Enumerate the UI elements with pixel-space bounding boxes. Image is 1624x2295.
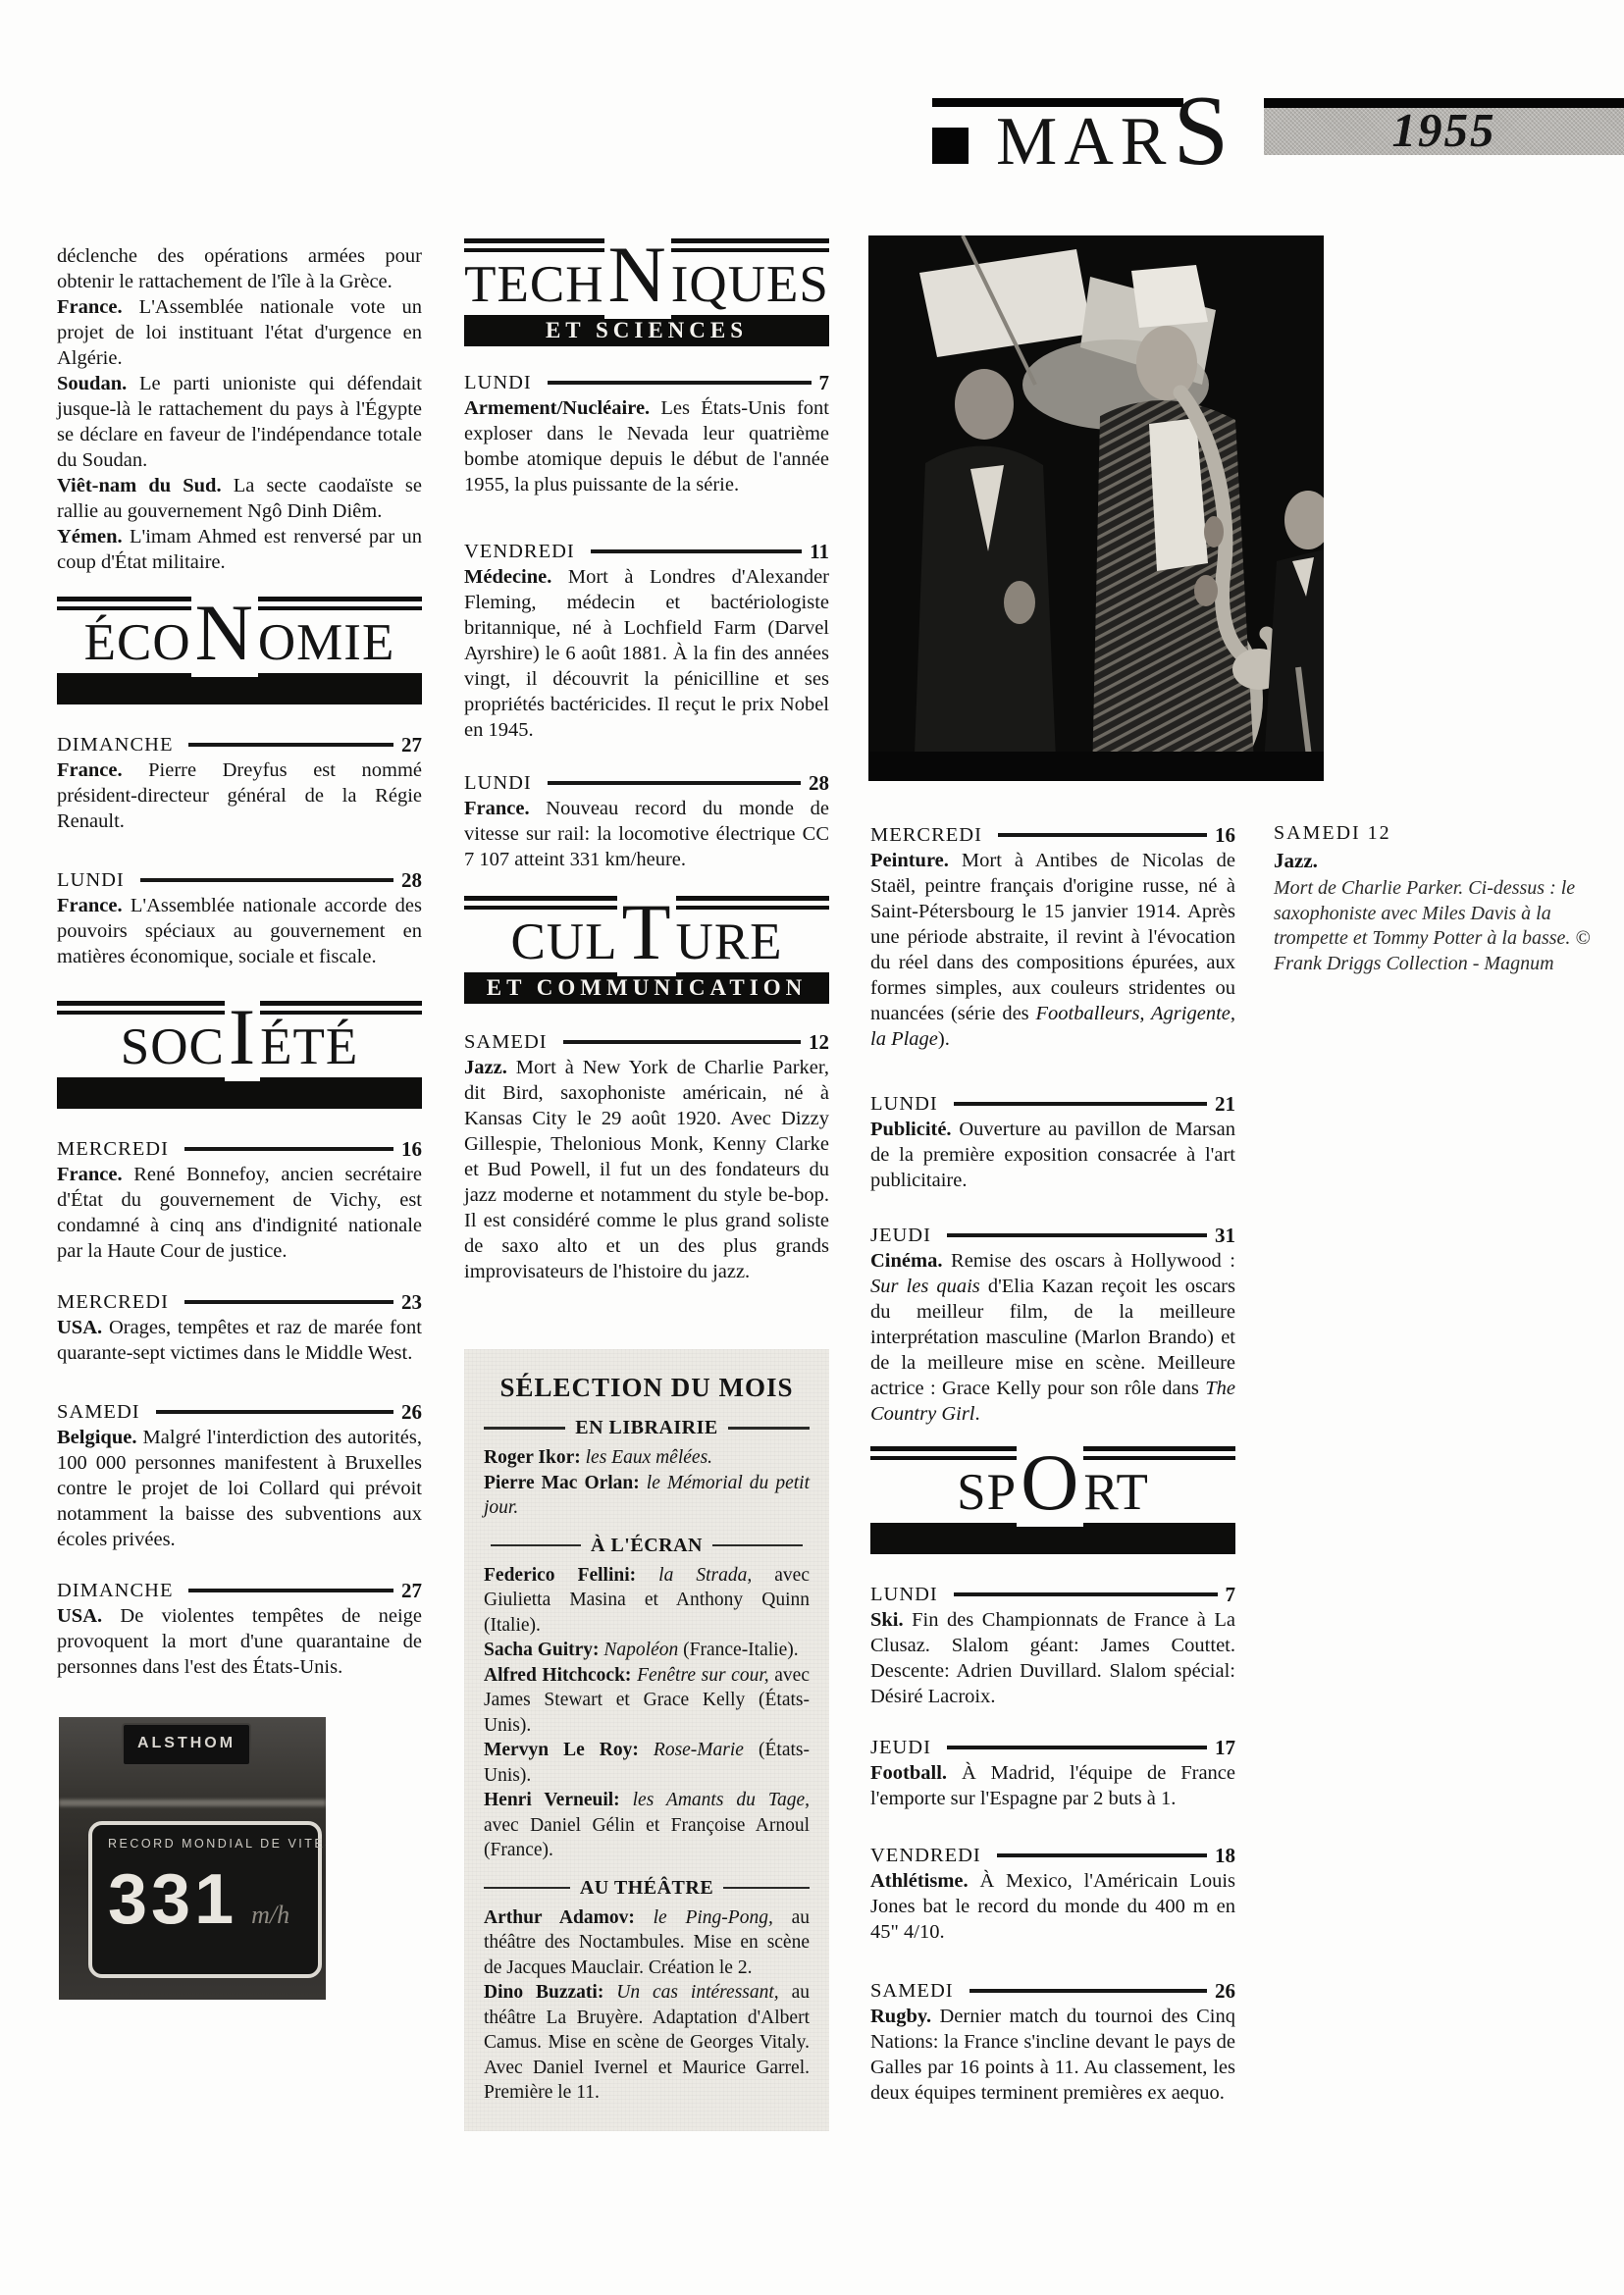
entry-rule bbox=[184, 1300, 393, 1304]
group-heading: AU THÉÂTRE bbox=[484, 1877, 810, 1900]
entry-date: 31 bbox=[1215, 1224, 1235, 1248]
entry-day: MERCREDI bbox=[57, 1291, 169, 1314]
entry-date: 27 bbox=[401, 1579, 422, 1603]
group-label: AU THÉÂTRE bbox=[580, 1877, 713, 1900]
entry-text: Football. À Madrid, l'équipe de France l… bbox=[870, 1760, 1235, 1811]
entry-date: 12 bbox=[809, 1030, 829, 1055]
intro-paragraph: déclenche des opérations armées pour obt… bbox=[57, 243, 422, 294]
entry-day: LUNDI bbox=[57, 869, 125, 892]
entry-day: SAMEDI bbox=[870, 1980, 954, 2003]
entry-text: Rugby. Dernier match du tournoi des Cinq… bbox=[870, 2004, 1235, 2106]
news-entry: LUNDI7 Ski. Fin des Championnats de Fran… bbox=[870, 1582, 1235, 1709]
plate-label: ALSTHOM bbox=[137, 1735, 236, 1751]
record-label: RECORD MONDIAL DE VITESSE bbox=[108, 1837, 318, 1851]
title-big-letter: I bbox=[225, 992, 260, 1081]
news-entry: SAMEDI26 Belgique. Malgré l'interdiction… bbox=[57, 1399, 422, 1552]
entry-text: Jazz. Mort à New York de Charlie Parker,… bbox=[464, 1055, 829, 1284]
section-economie-header: ÉCONOMIE bbox=[57, 597, 422, 704]
title-post: RT bbox=[1083, 1464, 1149, 1521]
entry-rule bbox=[188, 1589, 393, 1592]
entry-text: USA. De violentes tempêtes de neige prov… bbox=[57, 1603, 422, 1680]
column-culture-sport: MERCREDI16 Peinture. Mort à Antibes de N… bbox=[870, 0, 1235, 2106]
group-heading: EN LIBRAIRIE bbox=[484, 1417, 810, 1439]
title-big-letter: N bbox=[191, 588, 258, 677]
news-entry: LUNDI21 Publicité. Ouverture au pavillon… bbox=[870, 1091, 1235, 1193]
record-speed: 331 bbox=[108, 1860, 237, 1939]
entry-day: VENDREDI bbox=[870, 1845, 981, 1867]
entry-text: France. Nouveau record du monde de vites… bbox=[464, 796, 829, 872]
alsthom-plate: ALSTHOM bbox=[122, 1723, 251, 1766]
entry-day-header: JEUDI17 bbox=[870, 1735, 1235, 1760]
news-entry: VENDREDI11 Médecine. Mort à Londres d'Al… bbox=[464, 539, 829, 743]
title-post: URE bbox=[676, 913, 783, 970]
entry-day-header: MERCREDI16 bbox=[57, 1136, 422, 1162]
section-bar: ET COMMUNICATION bbox=[464, 972, 829, 1004]
entry-rule bbox=[548, 781, 801, 785]
selection-item: Pierre Mac Orlan: le Mémorial du petit j… bbox=[484, 1471, 810, 1521]
news-entry: JEUDI17 Football. À Madrid, l'équipe de … bbox=[870, 1735, 1235, 1811]
section-title: TECHNIQUES bbox=[464, 238, 829, 315]
intro-block: déclenche des opérations armées pour obt… bbox=[57, 243, 422, 575]
title-big-letter: T bbox=[617, 887, 675, 976]
title-big-letter: O bbox=[1017, 1437, 1083, 1527]
entry-rule bbox=[548, 381, 812, 385]
group-rule bbox=[712, 1544, 803, 1547]
year-label: 1955 bbox=[1392, 103, 1496, 157]
entry-day: LUNDI bbox=[464, 372, 532, 394]
selection-item: Alfred Hitchcock: Fenêtre sur cour, avec… bbox=[484, 1663, 810, 1739]
entry-text: France. René Bonnefoy, ancien secrétaire… bbox=[57, 1162, 422, 1264]
entry-day-header: DIMANCHE27 bbox=[57, 1578, 422, 1603]
title-big-letter: N bbox=[604, 230, 671, 319]
caption-lead: Jazz. bbox=[1274, 849, 1607, 873]
entry-date: 7 bbox=[819, 371, 830, 395]
year-strip: 1955 bbox=[1264, 98, 1624, 155]
intro-paragraph: Viêt-nam du Sud. La secte caodaïste se r… bbox=[57, 473, 422, 524]
column-international: déclenche des opérations armées pour obt… bbox=[57, 0, 422, 2000]
selection-box: SÉLECTION DU MOIS EN LIBRAIRIE Roger Iko… bbox=[464, 1349, 829, 2131]
magazine-page: MAR S 1955 déclenche des opérations armé… bbox=[0, 0, 1624, 2295]
entry-date: 26 bbox=[401, 1400, 422, 1425]
selection-item: Arthur Adamov: le Ping-Pong, au théâtre … bbox=[484, 1905, 810, 1981]
entry-day: LUNDI bbox=[870, 1584, 938, 1606]
caption-body: Mort de Charlie Parker. Ci-dessus : le s… bbox=[1274, 876, 1607, 976]
section-sport-header: SPORT bbox=[870, 1446, 1235, 1554]
section-title: SPORT bbox=[870, 1446, 1235, 1523]
entry-day: MERCREDI bbox=[57, 1138, 169, 1161]
entry-rule bbox=[591, 549, 802, 553]
title-post: OMIE bbox=[258, 614, 394, 671]
entry-date: 16 bbox=[401, 1137, 422, 1162]
entry-text: Médecine. Mort à Londres d'Alexander Fle… bbox=[464, 564, 829, 743]
entry-day-header: SAMEDI26 bbox=[57, 1399, 422, 1425]
entry-text: Armement/Nucléaire. Les États-Unis font … bbox=[464, 395, 829, 497]
intro-paragraph: France. L'Assemblée nationale vote un pr… bbox=[57, 294, 422, 371]
entry-day: JEUDI bbox=[870, 1737, 931, 1759]
group-rule bbox=[728, 1427, 810, 1430]
entry-text: Peinture. Mort à Antibes de Nicolas de S… bbox=[870, 848, 1235, 1052]
intro-paragraph: Soudan. Le parti unioniste qui défendait… bbox=[57, 371, 422, 473]
title-pre: SOC bbox=[121, 1018, 225, 1075]
entry-rule bbox=[998, 833, 1207, 837]
news-entry: SAMEDI26 Rugby. Dernier match du tournoi… bbox=[870, 1978, 1235, 2106]
section-bar bbox=[57, 1077, 422, 1109]
selection-item: Roger Ikor: les Eaux mêlées. bbox=[484, 1445, 810, 1471]
section-title: CULTURE bbox=[464, 896, 829, 972]
entry-date: 26 bbox=[1215, 1979, 1235, 2004]
title-post: ÉTÉ bbox=[260, 1018, 358, 1075]
news-entry: MERCREDI16 France. René Bonnefoy, ancien… bbox=[57, 1136, 422, 1264]
entry-text: Belgique. Malgré l'interdiction des auto… bbox=[57, 1425, 422, 1552]
news-entry: MERCREDI23 USA. Orages, tempêtes et raz … bbox=[57, 1289, 422, 1366]
entry-day-header: MERCREDI16 bbox=[870, 822, 1235, 848]
group-rule bbox=[723, 1887, 810, 1890]
news-entry: MERCREDI16 Peinture. Mort à Antibes de N… bbox=[870, 822, 1235, 1052]
entry-text: Publicité. Ouverture au pavillon de Mars… bbox=[870, 1117, 1235, 1193]
entry-rule bbox=[969, 1989, 1207, 1993]
section-bar-label: ET COMMUNICATION bbox=[487, 975, 807, 1000]
entry-day: DIMANCHE bbox=[57, 1580, 173, 1602]
news-entry: DIMANCHE27 USA. De violentes tempêtes de… bbox=[57, 1578, 422, 1680]
train-record-photo: ALSTHOM RECORD MONDIAL DE VITESSE 331 m/… bbox=[59, 1717, 326, 2000]
entry-day: SAMEDI bbox=[57, 1401, 140, 1424]
selection-item: Dino Buzzati: Un cas intéressant, au thé… bbox=[484, 1980, 810, 2106]
column-techniques-culture: TECHNIQUES ET SCIENCES LUNDI7 Armement/N… bbox=[464, 0, 829, 2131]
title-post: IQUES bbox=[671, 256, 829, 313]
entry-day: MERCREDI bbox=[870, 824, 982, 847]
intro-paragraph: Yémen. L'imam Ahmed est renversé par un … bbox=[57, 524, 422, 575]
entry-rule bbox=[947, 1746, 1207, 1749]
entry-day-header: VENDREDI11 bbox=[464, 539, 829, 564]
news-entry: VENDREDI18 Athlétisme. À Mexico, l'Améri… bbox=[870, 1843, 1235, 1945]
entry-date: 17 bbox=[1215, 1736, 1235, 1760]
entry-date: 18 bbox=[1215, 1844, 1235, 1868]
entry-date: 23 bbox=[401, 1290, 422, 1315]
entry-day: LUNDI bbox=[464, 772, 532, 795]
entry-rule bbox=[188, 743, 393, 747]
selection-item: Mervyn Le Roy: Rose-Marie (États-Unis). bbox=[484, 1738, 810, 1788]
news-entry: LUNDI7 Armement/Nucléaire. Les États-Uni… bbox=[464, 370, 829, 497]
entry-day-header: VENDREDI18 bbox=[870, 1843, 1235, 1868]
selection-item: Henri Verneuil: les Amants du Tage, avec… bbox=[484, 1788, 810, 1863]
entry-text: France. Pierre Dreyfus est nommé préside… bbox=[57, 757, 422, 834]
entry-text: France. L'Assemblée nationale accorde de… bbox=[57, 893, 422, 969]
entry-day-header: DIMANCHE27 bbox=[57, 732, 422, 757]
section-title: SOCIÉTÉ bbox=[57, 1001, 422, 1077]
section-title: ÉCONOMIE bbox=[57, 597, 422, 673]
entry-day-header: SAMEDI26 bbox=[870, 1978, 1235, 2004]
entry-date: 21 bbox=[1215, 1092, 1235, 1117]
section-bar bbox=[57, 673, 422, 704]
record-value-row: 331 m/h bbox=[108, 1860, 318, 1939]
selection-title: SÉLECTION DU MOIS bbox=[484, 1373, 810, 1403]
entry-day-header: MERCREDI23 bbox=[57, 1289, 422, 1315]
group-label: EN LIBRAIRIE bbox=[575, 1417, 717, 1439]
title-pre: TECH bbox=[464, 256, 603, 313]
group-label: À L'ÉCRAN bbox=[591, 1535, 703, 1557]
entry-date: 28 bbox=[809, 771, 829, 796]
news-entry: JEUDI31 Cinéma. Remise des oscars à Holl… bbox=[870, 1223, 1235, 1427]
entry-rule bbox=[954, 1102, 1207, 1106]
entry-text: USA. Orages, tempêtes et raz de marée fo… bbox=[57, 1315, 422, 1366]
entry-date: 28 bbox=[401, 868, 422, 893]
section-techniques-header: TECHNIQUES ET SCIENCES bbox=[464, 238, 829, 346]
entry-day: SAMEDI bbox=[464, 1031, 548, 1054]
entry-day-header: LUNDI28 bbox=[464, 770, 829, 796]
group-rule bbox=[484, 1427, 565, 1430]
entry-date: 7 bbox=[1226, 1583, 1236, 1607]
photo-caption: SAMEDI 12 Jazz. Mort de Charlie Parker. … bbox=[1274, 822, 1607, 976]
entry-rule bbox=[140, 878, 393, 882]
section-societe-header: SOCIÉTÉ bbox=[57, 1001, 422, 1109]
news-entry: LUNDI28 France. Nouveau record du monde … bbox=[464, 770, 829, 872]
selection-item: Federico Fellini: la Strada, avec Giulie… bbox=[484, 1563, 810, 1639]
entry-rule bbox=[947, 1233, 1207, 1237]
section-bar bbox=[870, 1523, 1235, 1554]
entry-date: 11 bbox=[810, 540, 829, 564]
entry-rule bbox=[184, 1147, 393, 1151]
news-entry: SAMEDI12 Jazz. Mort à New York de Charli… bbox=[464, 1029, 829, 1284]
group-rule bbox=[491, 1544, 581, 1547]
title-pre: CUL bbox=[510, 913, 617, 970]
entry-date: 27 bbox=[401, 733, 422, 757]
title-pre: SP bbox=[957, 1464, 1017, 1521]
photo-highlight bbox=[59, 1799, 326, 1806]
title-pre: ÉCO bbox=[84, 614, 191, 671]
entry-day-header: LUNDI28 bbox=[57, 867, 422, 893]
entry-day: JEUDI bbox=[870, 1225, 931, 1247]
entry-day-header: LUNDI7 bbox=[464, 370, 829, 395]
news-entry: DIMANCHE27 France. Pierre Dreyfus est no… bbox=[57, 732, 422, 834]
entry-day-header: SAMEDI12 bbox=[464, 1029, 829, 1055]
entry-date: 16 bbox=[1215, 823, 1235, 848]
entry-day: LUNDI bbox=[870, 1093, 938, 1116]
entry-text: Cinéma. Remise des oscars à Hollywood : … bbox=[870, 1248, 1235, 1427]
record-plaque: RECORD MONDIAL DE VITESSE 331 m/h bbox=[88, 1821, 322, 1978]
group-rule bbox=[484, 1887, 570, 1890]
selection-item: Sacha Guitry: Napoléon (France-Italie). bbox=[484, 1638, 810, 1663]
entry-rule bbox=[997, 1853, 1207, 1857]
entry-rule bbox=[156, 1410, 393, 1414]
entry-day-header: LUNDI7 bbox=[870, 1582, 1235, 1607]
record-unit: m/h bbox=[251, 1901, 289, 1930]
group-heading: À L'ÉCRAN bbox=[484, 1535, 810, 1557]
caption-day: SAMEDI 12 bbox=[1274, 822, 1607, 845]
entry-day-header: JEUDI31 bbox=[870, 1223, 1235, 1248]
entry-rule bbox=[563, 1040, 801, 1044]
news-entry: LUNDI28 France. L'Assemblée nationale ac… bbox=[57, 867, 422, 969]
section-bar: ET SCIENCES bbox=[464, 315, 829, 346]
entry-day: DIMANCHE bbox=[57, 734, 173, 756]
section-culture-header: CULTURE ET COMMUNICATION bbox=[464, 896, 829, 1004]
entry-text: Athlétisme. À Mexico, l'Américain Louis … bbox=[870, 1868, 1235, 1945]
entry-rule bbox=[954, 1592, 1218, 1596]
section-bar-label: ET SCIENCES bbox=[546, 318, 748, 342]
entry-day: VENDREDI bbox=[464, 541, 575, 563]
entry-text: Ski. Fin des Championnats de France à La… bbox=[870, 1607, 1235, 1709]
entry-day-header: LUNDI21 bbox=[870, 1091, 1235, 1117]
